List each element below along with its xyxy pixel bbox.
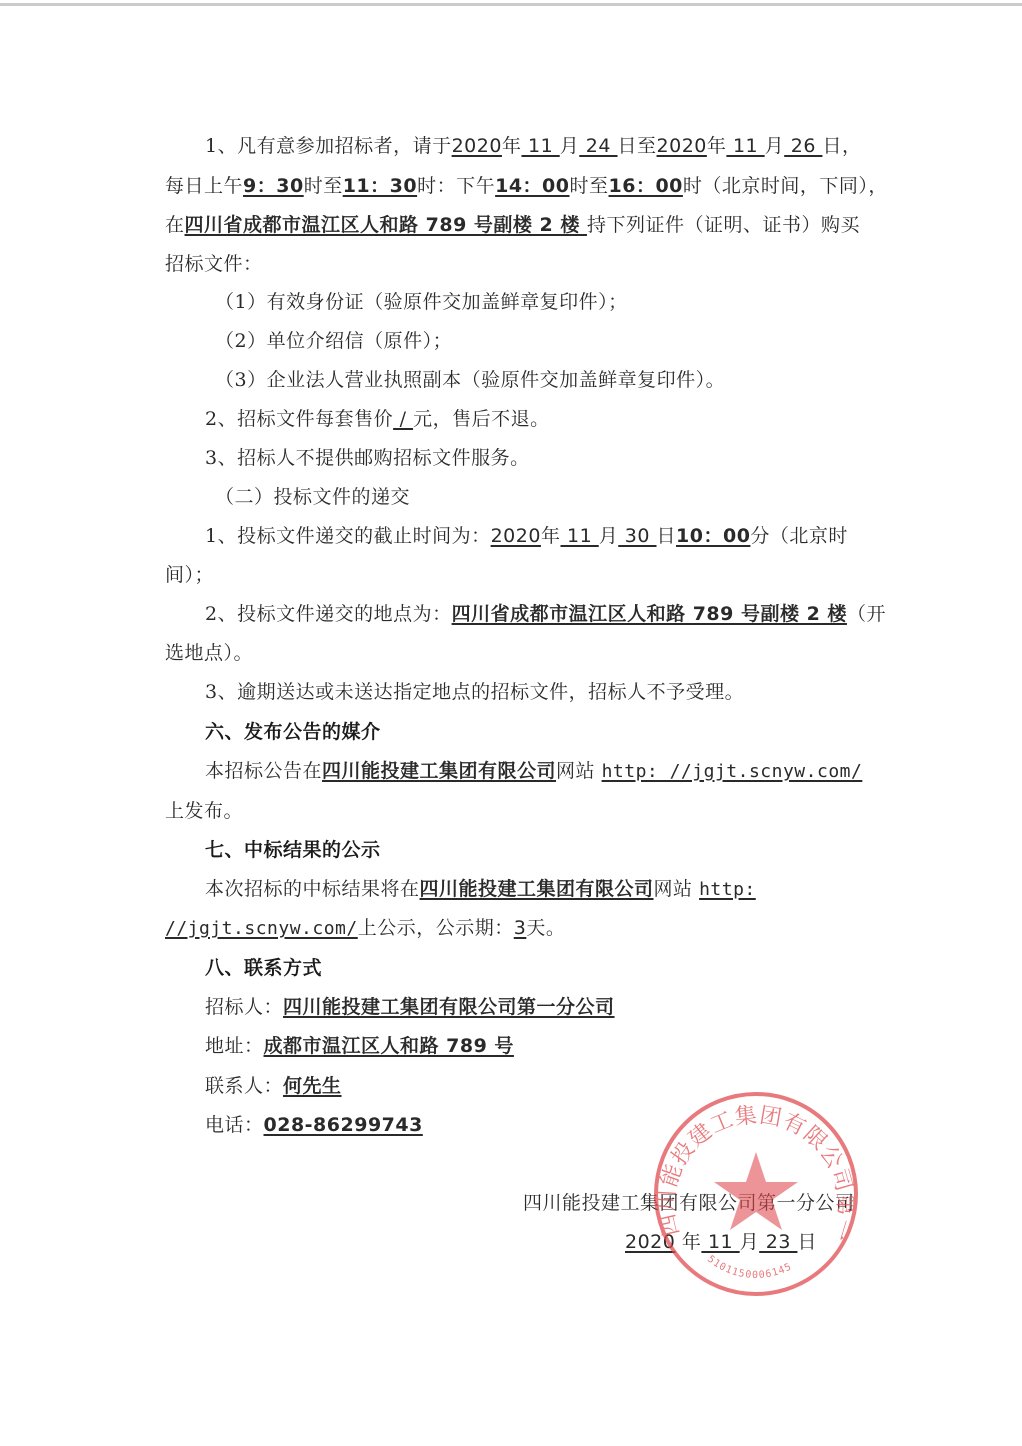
text: 网站 — [654, 878, 700, 900]
text: 时至 — [304, 175, 343, 197]
contact-address: 地址：成都市温江区人和路 789 号 — [205, 1034, 875, 1058]
deadline-time: 10：00 — [676, 525, 750, 547]
text: 日， — [822, 135, 861, 157]
media-text: 本招标公告在四川能投建工集团有限公司网站 http: //jgjt.scnyw.… — [205, 759, 875, 784]
purchase-item-1-line-4: 招标文件： — [165, 252, 875, 276]
text: 在 — [165, 214, 185, 236]
website-link[interactable]: //jgjt.scnyw.com/ — [165, 918, 358, 939]
text: 天。 — [526, 917, 565, 939]
contact-section-title: 八、联系方式 — [205, 956, 875, 980]
label: 地址： — [205, 1035, 264, 1057]
company-name: 四川能投建工集团有限公司 — [420, 878, 654, 900]
text: 时至 — [570, 175, 609, 197]
end-year: 2020 — [657, 135, 707, 157]
start-month: 11 — [521, 135, 559, 157]
text: 本次招标的中标结果将在 — [205, 878, 420, 900]
submission-section-title: （二）投标文件的递交 — [215, 485, 925, 509]
start-day: 24 — [579, 135, 617, 157]
media-section-title: 六、发布公告的媒介 — [205, 720, 875, 744]
submission-item-2-cont: 选地点）。 — [165, 641, 875, 665]
text: 日 — [657, 525, 677, 547]
deadline-day: 30 — [618, 525, 656, 547]
text: 月 — [765, 135, 785, 157]
contact-phone: 电话：028-86299743 — [205, 1113, 875, 1137]
website-link[interactable]: http: //jgjt.scnyw.com/ — [602, 761, 863, 782]
text: 元，售后不退。 — [413, 408, 550, 430]
submission-location: 四川省成都市温江区人和路 789 号副楼 2 楼 — [452, 603, 847, 625]
text: 月 — [599, 525, 619, 547]
address-value: 成都市温江区人和路 789 号 — [264, 1035, 514, 1057]
sign-month: 11 — [701, 1231, 739, 1253]
document-price: / — [393, 408, 413, 430]
text: 年 — [502, 135, 522, 157]
text: 持下列证件（证明、证书）购买 — [587, 214, 860, 236]
media-text-cont: 上发布。 — [165, 799, 875, 823]
text: 年 — [675, 1231, 701, 1253]
submission-item-1-cont: 间）； — [165, 563, 875, 587]
result-text-cont: //jgjt.scnyw.com/上公示，公示期：3天。 — [165, 916, 875, 941]
text: 1、凡有意参加招标者，请于 — [205, 135, 452, 157]
text: 月 — [740, 1231, 760, 1253]
publicity-period: 3 — [514, 917, 527, 939]
submission-item-3: 3、逾期送达或未送达指定地点的招标文件，招标人不予受理。 — [205, 680, 875, 704]
text: 日 — [797, 1231, 817, 1253]
pm-start-time: 14：00 — [495, 175, 569, 197]
sign-year: 2020 — [625, 1231, 675, 1253]
label: 招标人： — [205, 996, 283, 1018]
tenderer-name: 四川能投建工集团有限公司第一分公司 — [283, 996, 615, 1018]
purchase-location: 四川省成都市温江区人和路 789 号副楼 2 楼 — [185, 214, 587, 236]
scan-top-edge — [0, 3, 1022, 6]
website-link[interactable]: http: — [699, 879, 756, 900]
text: 分（北京时 — [750, 525, 848, 547]
end-month: 11 — [726, 135, 764, 157]
deadline-month: 11 — [560, 525, 598, 547]
end-day: 26 — [784, 135, 822, 157]
deadline-year: 2020 — [491, 525, 541, 547]
purchase-item-1-line-1: 1、凡有意参加招标者，请于2020年 11 月 24 日至2020年 11 月 … — [205, 134, 875, 158]
contact-person: 联系人：何先生 — [205, 1074, 875, 1098]
text: 2、投标文件递交的地点为： — [205, 603, 452, 625]
seal-code: 5101150006145 — [705, 1254, 794, 1281]
company-name: 四川能投建工集团有限公司 — [322, 760, 556, 782]
pm-end-time: 16：00 — [609, 175, 683, 197]
signature-company: 四川能投建工集团有限公司第一分公司 — [523, 1191, 855, 1215]
result-section-title: 七、中标结果的公示 — [205, 838, 875, 862]
text: 月 — [560, 135, 580, 157]
submission-item-1: 1、投标文件递交的截止时间为：2020年 11 月 30 日10：00分（北京时 — [205, 524, 875, 548]
document-requirement-2: （2）单位介绍信（原件）； — [215, 329, 925, 353]
text: 2、招标文件每套售价 — [205, 408, 393, 430]
document-requirement-3: （3）企业法人营业执照副本（验原件交加盖鲜章复印件）。 — [215, 368, 925, 392]
document-requirement-1: （1）有效身份证（验原件交加盖鲜章复印件）； — [215, 290, 925, 314]
purchase-item-2: 2、招标文件每套售价 / 元，售后不退。 — [205, 407, 875, 431]
text: 时：下午 — [417, 175, 495, 197]
label: 联系人： — [205, 1075, 283, 1097]
svg-text:5101150006145: 5101150006145 — [705, 1254, 794, 1281]
text: 上公示，公示期： — [358, 917, 514, 939]
signature-date: 2020 年 11 月 23 日 — [625, 1230, 817, 1254]
text: 时（北京时间，下同）， — [683, 175, 888, 197]
start-year: 2020 — [452, 135, 502, 157]
am-end-time: 11：30 — [343, 175, 417, 197]
label: 电话： — [205, 1114, 264, 1136]
phone-number: 028-86299743 — [264, 1114, 423, 1136]
text: 日至 — [618, 135, 657, 157]
text: （开 — [847, 603, 886, 625]
purchase-item-1-line-2: 每日上午9：30时至11：30时：下午14：00时至16：00时（北京时间，下同… — [165, 174, 875, 198]
text: 本招标公告在 — [205, 760, 322, 782]
sign-day: 23 — [759, 1231, 797, 1253]
purchase-item-1-line-3: 在四川省成都市温江区人和路 789 号副楼 2 楼 持下列证件（证明、证书）购买 — [165, 213, 875, 237]
text: 年 — [541, 525, 561, 547]
am-start-time: 9：30 — [243, 175, 304, 197]
contact-name: 何先生 — [283, 1075, 342, 1097]
result-text: 本次招标的中标结果将在四川能投建工集团有限公司网站 http: — [205, 877, 875, 902]
text: 每日上午 — [165, 175, 243, 197]
submission-item-2: 2、投标文件递交的地点为：四川省成都市温江区人和路 789 号副楼 2 楼（开 — [205, 602, 875, 626]
purchase-item-3: 3、招标人不提供邮购招标文件服务。 — [205, 446, 875, 470]
text: 年 — [707, 135, 727, 157]
contact-tenderer: 招标人：四川能投建工集团有限公司第一分公司 — [205, 995, 875, 1019]
text: 网站 — [556, 760, 602, 782]
text: 1、投标文件递交的截止时间为： — [205, 525, 491, 547]
